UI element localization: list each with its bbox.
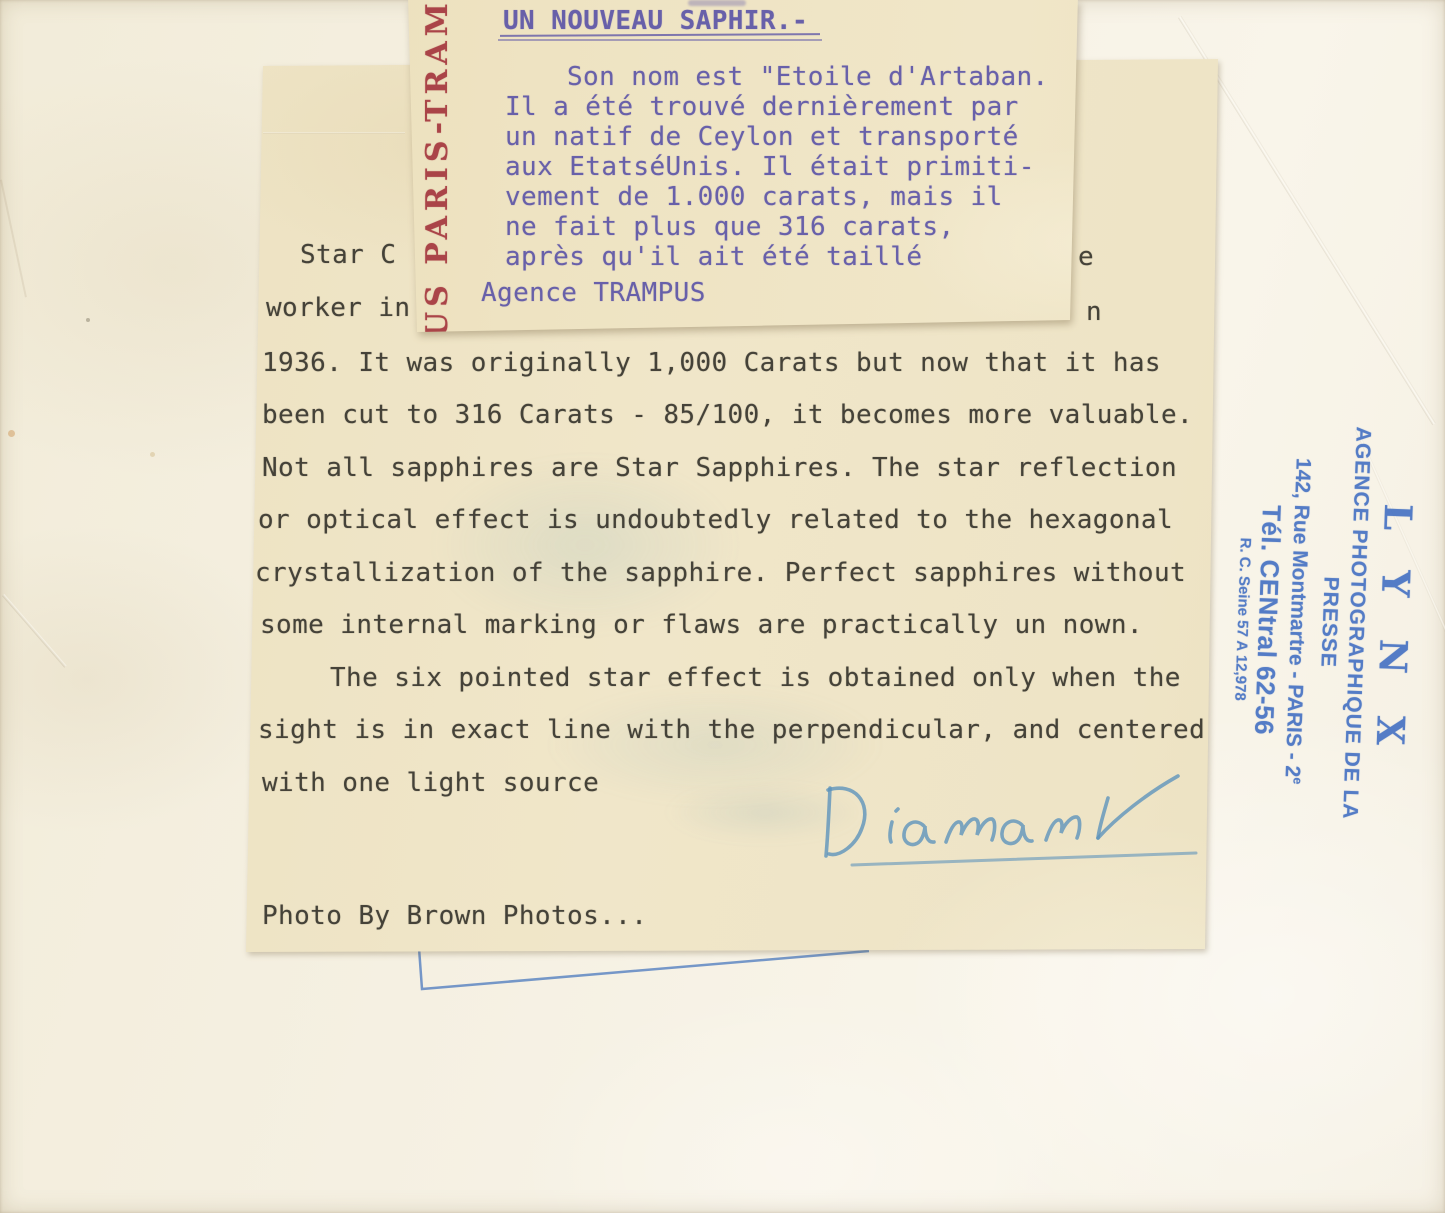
title-underline: [498, 39, 822, 41]
lynx-address-superscript: e: [1290, 777, 1304, 784]
slip-agency-credit: Agence TRAMPUS: [481, 278, 706, 308]
handwritten-signature-diamant: [806, 748, 1216, 873]
slip-line: ne fait plus que 316 carats,: [505, 212, 955, 242]
slip-line: aux EtatséUnis. Il était primiti-: [505, 152, 1035, 182]
title-underline: [500, 33, 820, 37]
slip-line: Il a été trouvé dernièrement par: [505, 92, 1019, 122]
trampus-vertical-stamp: US PARIS-TRAMPUS P: [420, 0, 466, 338]
slip-line: Son nom est "Etoile d'Artaban.: [567, 62, 1049, 92]
press-photo-verso-scan: Star C e worker in n 1936. It was origin…: [0, 0, 1445, 1213]
lynx-agency-stamp: LYNX AGENCE PHOTOGRAPHIQUE DE LA PRESSE …: [1221, 404, 1426, 840]
slip-title: UN NOUVEAU SAPHIR.-: [503, 6, 808, 36]
slip-line: un natif de Ceylon et transporté: [505, 122, 1019, 152]
slip-line: vement de 1.000 carats, mais il: [505, 182, 1003, 212]
slip-line: après qu'il ait été taillé: [505, 242, 922, 272]
